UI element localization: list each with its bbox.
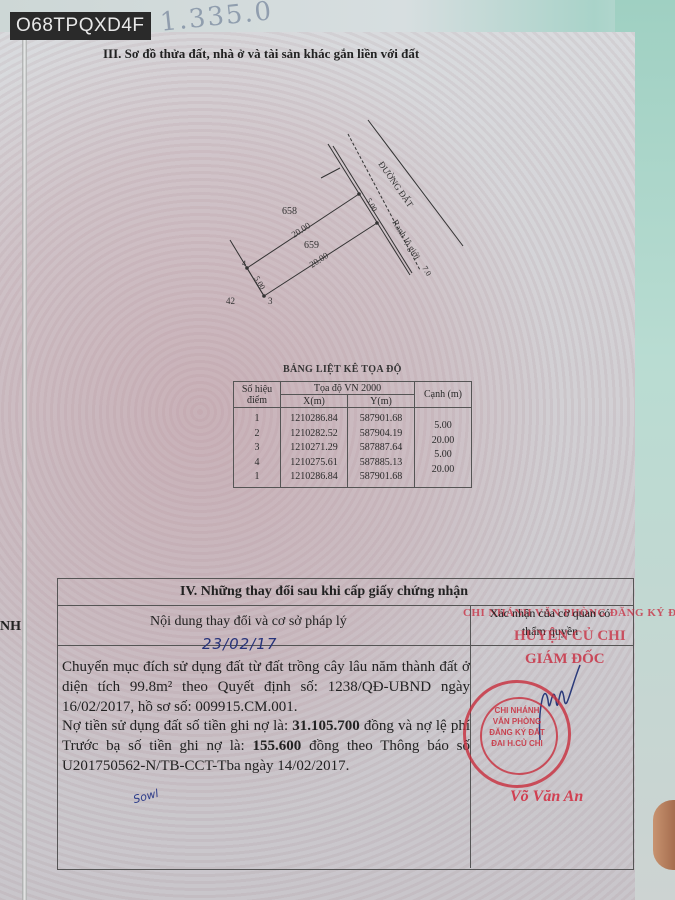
parcel-658-label: 658 [282, 206, 297, 217]
point-cell: 2 [238, 427, 276, 442]
boundary-label: Ranh lộ giới [390, 218, 422, 262]
page-fold [22, 32, 27, 900]
coord-table: Số hiệu điểm Tọa độ VN 2000 Cạnh (m) X(m… [233, 381, 472, 488]
x-cell: 1210271.29 [285, 441, 343, 456]
divider [57, 645, 633, 646]
edge-cell: 20.00 [419, 463, 467, 478]
debt-text: Nợ tiền sử dụng đất số tiền ghi nợ là: [62, 718, 292, 734]
coord-table-title: BẢNG LIỆT KÊ TỌA ĐỘ [283, 364, 402, 375]
parcel-42-label: 42 [226, 296, 235, 306]
edge-cell: 20.00 [419, 434, 467, 449]
change-paragraph-1: Chuyển mục đích sử dụng đất từ đất trồng… [62, 658, 470, 717]
parcel-diagram: 658 659 42 20.00 20.00 5.00 5.00 4 3 ĐƯỜ… [220, 110, 480, 310]
stamp-org-line2: HUYỆN CỦ CHI [514, 628, 626, 645]
column-change-label: Nội dung thay đổi và cơ sở pháp lý [150, 614, 347, 630]
land-debt-amount: 31.105.700 [292, 718, 360, 734]
table-row: 1 2 3 4 1 1210286.84 1210282.52 1210271.… [234, 408, 472, 488]
x-cell: 1210282.52 [285, 427, 343, 442]
parcel-659-label: 659 [304, 240, 319, 251]
header-coords-group: Tọa độ VN 2000 [281, 382, 415, 395]
signer-name: Võ Văn An [510, 788, 583, 806]
edge-cell: 5.00 [419, 419, 467, 434]
change-paragraph-2: Nợ tiền sử dụng đất số tiền ghi nợ là: 3… [62, 717, 470, 776]
edge-bottom-label: 20.00 [308, 250, 331, 270]
seal-text: CHI NHÁNH VĂN PHÒNG ĐĂNG KÝ ĐẤT ĐAI H.CỦ… [466, 705, 568, 749]
x-cell: 1210286.84 [285, 470, 343, 485]
y-cell: 587887.64 [352, 441, 410, 456]
y-cell: 587901.68 [352, 470, 410, 485]
point-cell: 4 [238, 456, 276, 471]
point-cell: 1 [238, 412, 276, 427]
x-cell: 1210275.61 [285, 456, 343, 471]
section3-title: III. Sơ đồ thửa đất, nhà ở và tài sản kh… [103, 46, 419, 62]
edge-cell: 5.00 [419, 448, 467, 463]
change-content: Chuyển mục đích sử dụng đất từ đất trồng… [62, 658, 470, 777]
point-cell: 3 [238, 441, 276, 456]
point-3-label: 3 [268, 296, 273, 306]
point-4-label: 4 [242, 259, 246, 268]
road-label: ĐƯỜNG ĐẤT [376, 159, 415, 209]
point-cell: 1 [238, 470, 276, 485]
thumb [653, 800, 675, 870]
watermark-id: O68TPQXD4F [10, 12, 151, 40]
header-edge: Cạnh (m) [415, 382, 472, 408]
y-cell: 587901.68 [352, 412, 410, 427]
header-x: X(m) [281, 395, 348, 408]
fee-debt-amount: 155.600 [253, 738, 302, 754]
header-point-id: Số hiệu điểm [234, 382, 281, 408]
left-edge-text: NH [0, 619, 21, 635]
edge-top-label: 20.00 [290, 220, 313, 240]
edge-right-label: 5.00 [364, 197, 379, 214]
official-seal: CHI NHÁNH VĂN PHÒNG ĐĂNG KÝ ĐẤT ĐAI H.CỦ… [463, 680, 571, 788]
handwritten-date: 23/02/17 [202, 635, 277, 653]
road-width-label: 7.0 [420, 264, 433, 277]
section4-title: IV. Những thay đổi sau khi cấp giấy chứn… [180, 584, 468, 600]
x-cell: 1210286.84 [285, 412, 343, 427]
header-y: Y(m) [348, 395, 415, 408]
y-cell: 587904.19 [352, 427, 410, 442]
edge-left-label: 5.00 [252, 275, 267, 292]
y-cell: 587885.13 [352, 456, 410, 471]
